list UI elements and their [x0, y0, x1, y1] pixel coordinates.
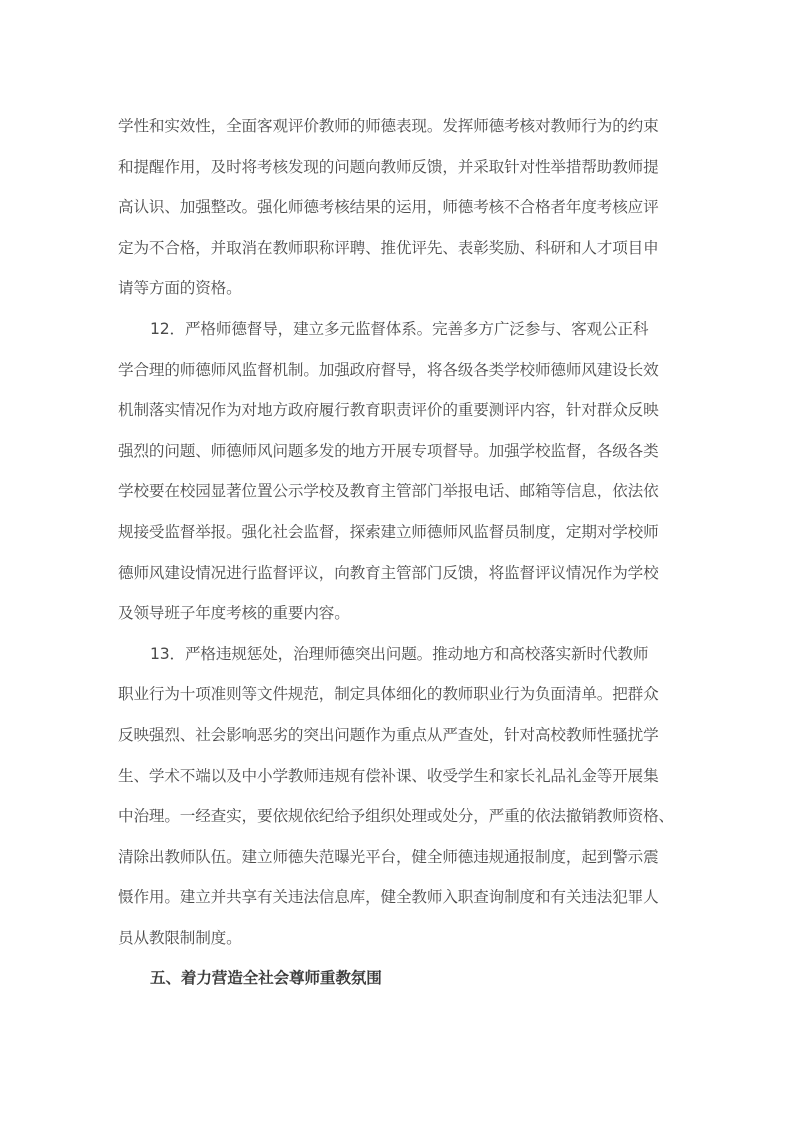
paragraph-item-12: 12．严格师德督导，建立多元监督体系。完善多方广泛参与、客观公正科 学合理的师德…: [118, 309, 674, 634]
paragraph-continuation: 学性和实效性，全面客观评价教师的师德表现。发挥师德考核对教师行为的约束 和提醒作…: [118, 106, 674, 309]
text-line-first: 13．严格违规惩处，治理师德突出问题。推动地方和高校落实新时代教师: [118, 634, 674, 675]
document-page: 学性和实效性，全面客观评价教师的师德表现。发挥师德考核对教师行为的约束 和提醒作…: [118, 106, 674, 1000]
paragraph-item-13: 13．严格违规惩处，治理师德突出问题。推动地方和高校落实新时代教师 职业行为十项…: [118, 634, 674, 959]
text-line: 学性和实效性，全面客观评价教师的师德表现。发挥师德考核对教师行为的约束: [118, 106, 674, 147]
text-line: 反映强烈、社会影响恶劣的突出问题作为重点从严查处，针对高校教师性骚扰学: [118, 715, 674, 756]
text-line: 高认识、加强整改。强化师德考核结果的运用，师德考核不合格者年度考核应评: [118, 187, 674, 228]
text-line: 强烈的问题、师德师风问题多发的地方开展专项督导。加强学校监督，各级各类: [118, 431, 674, 472]
text-line: 机制落实情况作为对地方政府履行教育职责评价的重要测评内容，针对群众反映: [118, 390, 674, 431]
text-line: 职业行为十项准则等文件规范，制定具体细化的教师职业行为负面清单。把群众: [118, 674, 674, 715]
text-line: 员从教限制制度。: [118, 918, 674, 959]
text-line: 学合理的师德师风监督机制。加强政府督导，将各级各类学校师德师风建设长效: [118, 350, 674, 391]
text-line: 清除出教师队伍。建立师德失范曝光平台，健全师德违规通报制度，起到警示震: [118, 837, 674, 878]
text-line-first: 12．严格师德督导，建立多元监督体系。完善多方广泛参与、客观公正科: [118, 309, 674, 350]
text-line: 慑作用。建立并共享有关违法信息库，健全教师入职查询制度和有关违法犯罪人: [118, 877, 674, 918]
text-line: 定为不合格，并取消在教师职称评聘、推优评先、表彰奖励、科研和人才项目申: [118, 228, 674, 269]
text-line: 及领导班子年度考核的重要内容。: [118, 593, 674, 634]
text-line: 规接受监督举报。强化社会监督，探索建立师德师风监督员制度，定期对学校师: [118, 512, 674, 553]
text-line: 学校要在校园显著位置公示学校及教育主管部门举报电话、邮箱等信息，依法依: [118, 471, 674, 512]
text-line: 德师风建设情况进行监督评议，向教育主管部门反馈，将监督评议情况作为学校: [118, 553, 674, 594]
text-line: 生、学术不端以及中小学教师违规有偿补课、收受学生和家长礼品礼金等开展集: [118, 756, 674, 797]
text-line: 中治理。一经查实，要依规依纪给予组织处理或处分，严重的依法撤销教师资格、: [118, 796, 674, 837]
text-line: 请等方面的资格。: [118, 268, 674, 309]
text-line: 和提醒作用，及时将考核发现的问题向教师反馈，并采取针对性举措帮助教师提: [118, 147, 674, 188]
section-heading: 五、着力营造全社会尊师重教氛围: [118, 958, 674, 1000]
